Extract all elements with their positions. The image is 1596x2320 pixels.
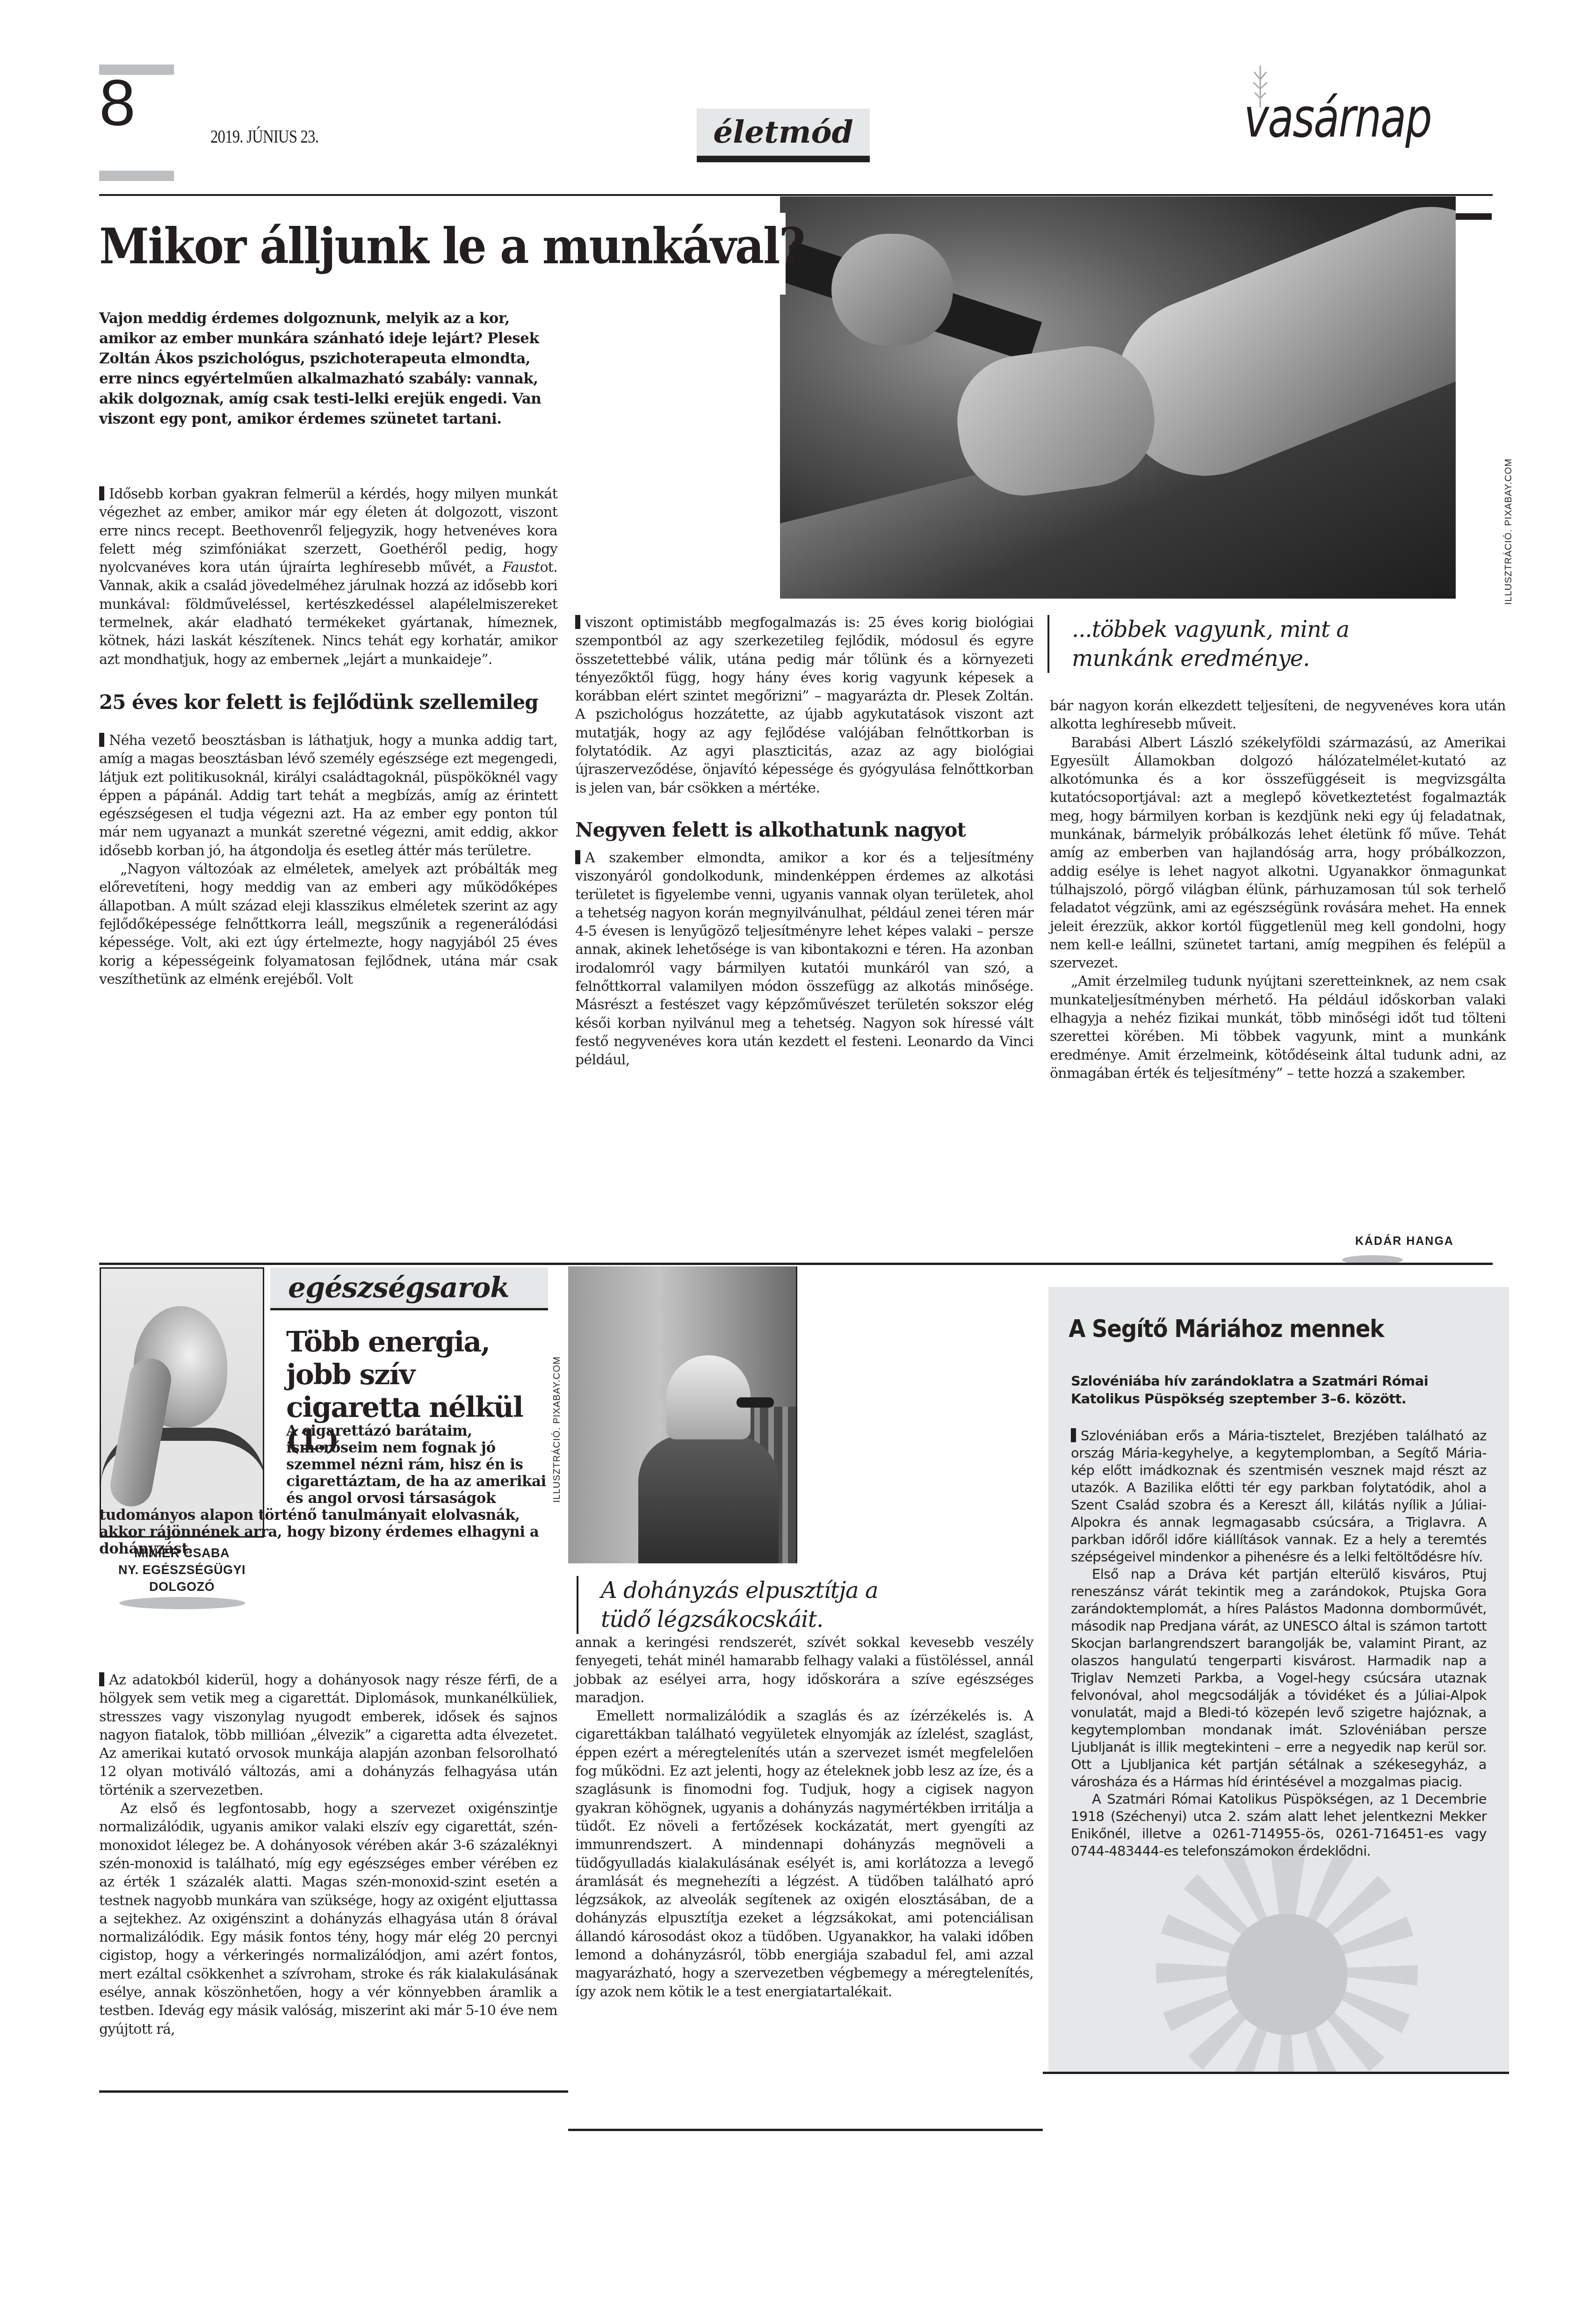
page-number-bar-bottom	[99, 171, 174, 181]
paragraph: „Nagyon változóak az elméletek, amelyek …	[99, 860, 557, 989]
paragraph: A szakember elmondta, amikor a kor és a …	[575, 849, 1033, 1070]
paragraph: Idősebb korban gyakran felmerül a kérdés…	[99, 485, 557, 669]
paragraph: Néha vezető beosztásban is láthatjuk, ho…	[99, 731, 557, 860]
article-headline: Mikor álljunk le a munkával?	[99, 220, 804, 273]
article-column-3: bár nagyon korán elkezdett teljesíteni, …	[1050, 697, 1506, 1083]
health-column-1: Az adatokból kiderül, hogy a dohányosok …	[99, 1671, 557, 2038]
paragraph: Szlovéniában erős a Mária-tisztelet, Bre…	[1071, 1427, 1487, 1566]
author-title: NY. EGÉSZSÉGÜGYI	[100, 1561, 264, 1578]
page-number: 8	[99, 70, 134, 136]
sidebar-title: A Segítő Máriához mennek	[1048, 1287, 1463, 1343]
column-section-label: egészségsarok	[270, 1267, 548, 1310]
newspaper-brand-logo: vasárnap	[1244, 87, 1431, 150]
man-smoking-pipe-photo	[568, 1266, 797, 1563]
issue-date: 2019. JÚNIUS 23.	[210, 125, 318, 147]
author-title: DOLGOZÓ	[100, 1578, 264, 1595]
author-byline: KÁDÁR HANGA	[1355, 1235, 1454, 1248]
pull-quote: ...többek vagyunk, mint a munkánk eredmé…	[1047, 615, 1403, 673]
paragraph: bár nagyon korán elkezdett teljesíteni, …	[1050, 697, 1506, 734]
subheading: Negyven felett is alkothatunk nagyot	[575, 818, 1033, 842]
pull-quote: A dohányzás elpusztítja a tüdő légzsákoc…	[577, 1576, 932, 1634]
sun-core-ornament	[1226, 1914, 1348, 2035]
paragraph: Emellett normalizálódik a szaglás és az …	[575, 1707, 1033, 2001]
caption-ornament	[119, 1597, 246, 1609]
article-lead: Vajon meddig érdemes dolgoznunk, melyik …	[99, 309, 543, 429]
bottom-rule	[99, 2090, 568, 2093]
article-column-2: viszont optimistább megfogalmazás is: 25…	[575, 614, 1033, 1070]
paragraph: Az első és legfontosabb, hogy a szerveze…	[99, 1800, 557, 2038]
hands-planing-wood-photo	[780, 196, 1456, 599]
paragraph: Az adatokból kiderül, hogy a dohányosok …	[99, 1671, 557, 1800]
sidebar-lead: Szlovéniába hív zarándoklatra a Szatmári…	[1048, 1343, 1509, 1408]
sidebar-bottom-rule	[1043, 2072, 1509, 2074]
paragraph: „Amit érzelmileg tudunk nyújtani szerett…	[1050, 972, 1506, 1083]
photo-credit-main: ILLUSZTRÁCIÓ. PIXABAY.COM	[1503, 458, 1514, 605]
paragraph: A Szatmári Római Katolikus Püspökségen, …	[1071, 1791, 1487, 1860]
photo-credit-smoker: ILLUSZTRÁCIÓ. PIXABAY.COM	[552, 1356, 563, 1503]
paragraph: viszont optimistább megfogalmazás is: 25…	[575, 614, 1033, 797]
article-column-1: Idősebb korban gyakran felmerül a kérdés…	[99, 485, 557, 989]
paragraph: Első nap a Dráva két partján elterülő ki…	[1071, 1566, 1487, 1791]
section-divider	[99, 1263, 1493, 1265]
bottom-rule	[568, 2129, 1043, 2131]
paragraph: Barabási Albert László székelyföldi szár…	[1050, 734, 1506, 973]
health-lead: A cigarettázó barátaim, ismerőseim nem f…	[99, 1423, 555, 1557]
sidebar-body: Szlovéniában erős a Mária-tisztelet, Bre…	[1048, 1408, 1509, 1860]
pilgrimage-sidebar-box: A Segítő Máriához mennek Szlovéniába hív…	[1048, 1287, 1509, 2072]
subheading: 25 éves kor felett is fejlődünk szellemi…	[99, 690, 557, 715]
section-label-text: életmód	[713, 114, 853, 150]
header-rule	[99, 194, 1493, 196]
health-column-2: annak a keringési rendszerét, szívét sok…	[575, 1633, 1033, 2001]
section-label: életmód	[697, 108, 870, 162]
paragraph: annak a keringési rendszerét, szívét sok…	[575, 1633, 1033, 1707]
